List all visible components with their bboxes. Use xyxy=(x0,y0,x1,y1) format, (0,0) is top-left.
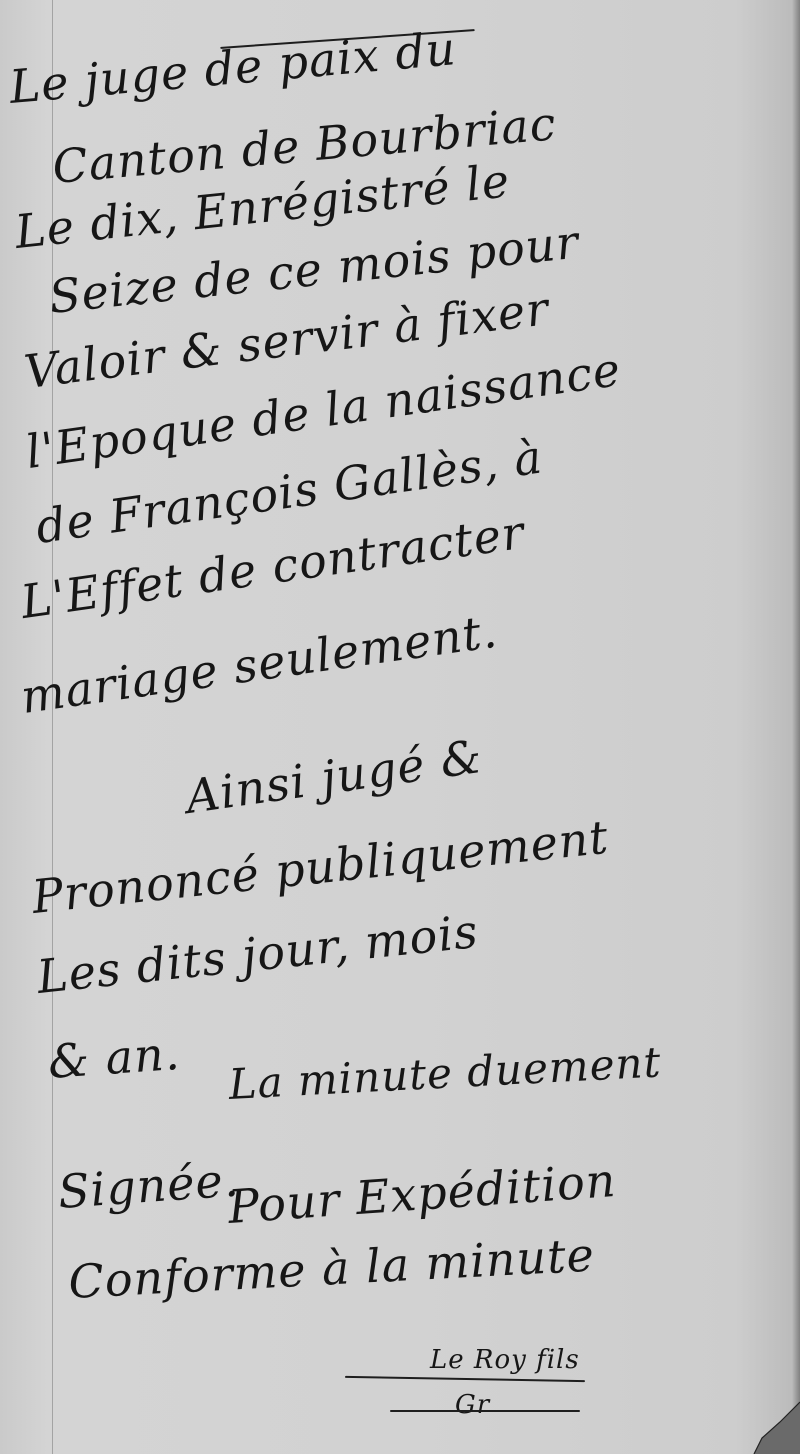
text-line-16: Pour Expédition xyxy=(226,1153,618,1234)
text-line-10: Ainsi jugé & xyxy=(182,729,485,824)
text-line-1: Le juge de paix du xyxy=(7,21,458,114)
text-line-11: Prononcé publiquement xyxy=(29,810,611,924)
signature-underline xyxy=(345,1376,585,1382)
signature-title: Gr xyxy=(455,1390,490,1420)
text-line-15: Signée. xyxy=(56,1152,241,1219)
page-edge-shadow xyxy=(792,0,800,1454)
signature-underline-2 xyxy=(390,1410,580,1412)
text-line-9: mariage seulement. xyxy=(17,604,500,724)
text-line-14: La minute duement xyxy=(227,1037,662,1109)
manuscript-page: Le juge de paix du Canton de Bourbriac L… xyxy=(0,0,800,1454)
text-line-17: Conforme à la minute xyxy=(67,1228,596,1309)
signature-name: Le Roy fils xyxy=(430,1345,580,1375)
text-line-12: Les dits jour, mois xyxy=(34,904,480,1004)
torn-corner-icon xyxy=(740,1394,800,1454)
text-line-13: & an. xyxy=(46,1026,182,1089)
